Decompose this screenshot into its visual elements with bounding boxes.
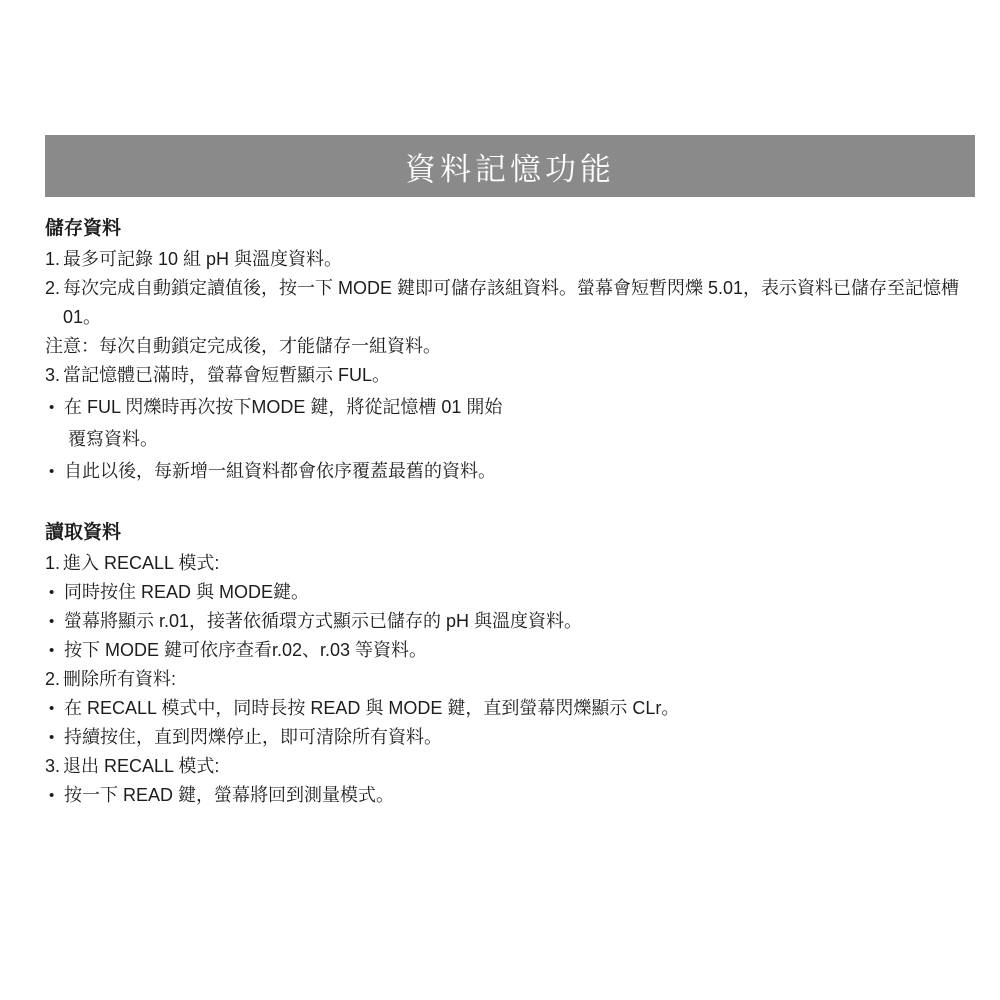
item-number: 3. — [45, 361, 63, 390]
section-heading: 讀取資料 — [45, 520, 961, 546]
section-save-data: 儲存資料 1. 最多可記錄 10 組 pH 與溫度資料。 2. 每次完成自動鎖定… — [45, 216, 961, 486]
item-text: 按下 MODE 鍵可依序查看r.02、r.03 等資料。 — [64, 636, 961, 665]
page-title: 資料記憶功能 — [405, 144, 615, 189]
item-number: 1. — [45, 245, 63, 274]
bullet-item: • 持續按住，直到閃爍停止，即可清除所有資料。 — [45, 723, 961, 752]
list-item: 1. 最多可記錄 10 組 pH 與溫度資料。 — [45, 245, 961, 274]
bullet-icon: • — [45, 723, 64, 752]
item-number: 2. — [45, 665, 63, 694]
item-text: 自此以後，每新增一組資料都會依序覆蓋最舊的資料。 — [64, 457, 961, 486]
item-text: 覆寫資料。 — [68, 425, 961, 454]
list-item: 3. 當記憶體已滿時，螢幕會短暫顯示 FUL。 — [45, 361, 961, 390]
item-text: 同時按住 READ 與 MODE鍵。 — [64, 578, 961, 607]
section-read-data: 讀取資料 1. 進入 RECALL 模式: • 同時按住 READ 與 MODE… — [45, 520, 961, 810]
item-text: 進入 RECALL 模式: — [63, 549, 961, 578]
bullet-item: • 在 RECALL 模式中，同時長按 READ 與 MODE 鍵，直到螢幕閃爍… — [45, 694, 961, 723]
note-text: 注意：每次自動鎖定完成後，才能儲存一組資料。 — [45, 332, 961, 361]
bullet-item: • 按下 MODE 鍵可依序查看r.02、r.03 等資料。 — [45, 636, 961, 665]
bullet-item: • 同時按住 READ 與 MODE鍵。 — [45, 578, 961, 607]
item-text: 退出 RECALL 模式: — [63, 752, 961, 781]
item-text: 每次完成自動鎖定讀值後，按一下 MODE 鍵即可儲存該組資料。螢幕會短暫閃爍 5… — [63, 274, 961, 332]
bullet-item: • 按一下 READ 鍵，螢幕將回到測量模式。 — [45, 781, 961, 810]
item-number: 2. — [45, 274, 63, 303]
document-content: 儲存資料 1. 最多可記錄 10 組 pH 與溫度資料。 2. 每次完成自動鎖定… — [45, 216, 961, 810]
item-number: 1. — [45, 549, 63, 578]
item-text: 當記憶體已滿時，螢幕會短暫顯示 FUL。 — [63, 361, 961, 390]
title-bar: 資料記憶功能 — [45, 135, 975, 197]
note-line: 注意：每次自動鎖定完成後，才能儲存一組資料。 — [45, 332, 961, 361]
item-number: 3. — [45, 752, 63, 781]
bullet-icon: • — [45, 781, 64, 810]
item-text: 在 RECALL 模式中，同時長按 READ 與 MODE 鍵，直到螢幕閃爍顯示… — [64, 694, 961, 723]
item-text: 最多可記錄 10 組 pH 與溫度資料。 — [63, 245, 961, 274]
bullet-item-continuation: 覆寫資料。 — [45, 425, 961, 454]
document-page: 資料記憶功能 儲存資料 1. 最多可記錄 10 組 pH 與溫度資料。 2. 每… — [0, 0, 1000, 1000]
item-text: 螢幕將顯示 r.01，接著依循環方式顯示已儲存的 pH 與溫度資料。 — [64, 607, 961, 636]
bullet-icon: • — [45, 578, 64, 607]
bullet-item: • 螢幕將顯示 r.01，接著依循環方式顯示已儲存的 pH 與溫度資料。 — [45, 607, 961, 636]
section-heading: 儲存資料 — [45, 216, 961, 242]
bullet-item: • 自此以後，每新增一組資料都會依序覆蓋最舊的資料。 — [45, 457, 961, 486]
item-text: 按一下 READ 鍵，螢幕將回到測量模式。 — [64, 781, 961, 810]
bullet-icon: • — [45, 636, 64, 665]
bullet-item: • 在 FUL 閃爍時再次按下MODE 鍵，將從記憶槽 01 開始 — [45, 393, 961, 422]
list-item: 2. 每次完成自動鎖定讀值後，按一下 MODE 鍵即可儲存該組資料。螢幕會短暫閃… — [45, 274, 961, 332]
bullet-icon: • — [45, 393, 64, 422]
list-item: 1. 進入 RECALL 模式: — [45, 549, 961, 578]
bullet-icon: • — [45, 694, 64, 723]
bullet-icon: • — [45, 607, 64, 636]
item-text: 刪除所有資料: — [63, 665, 961, 694]
bullet-icon: • — [45, 457, 64, 486]
list-item: 3. 退出 RECALL 模式: — [45, 752, 961, 781]
item-text: 持續按住，直到閃爍停止，即可清除所有資料。 — [64, 723, 961, 752]
list-item: 2. 刪除所有資料: — [45, 665, 961, 694]
item-text: 在 FUL 閃爍時再次按下MODE 鍵，將從記憶槽 01 開始 — [64, 393, 961, 422]
